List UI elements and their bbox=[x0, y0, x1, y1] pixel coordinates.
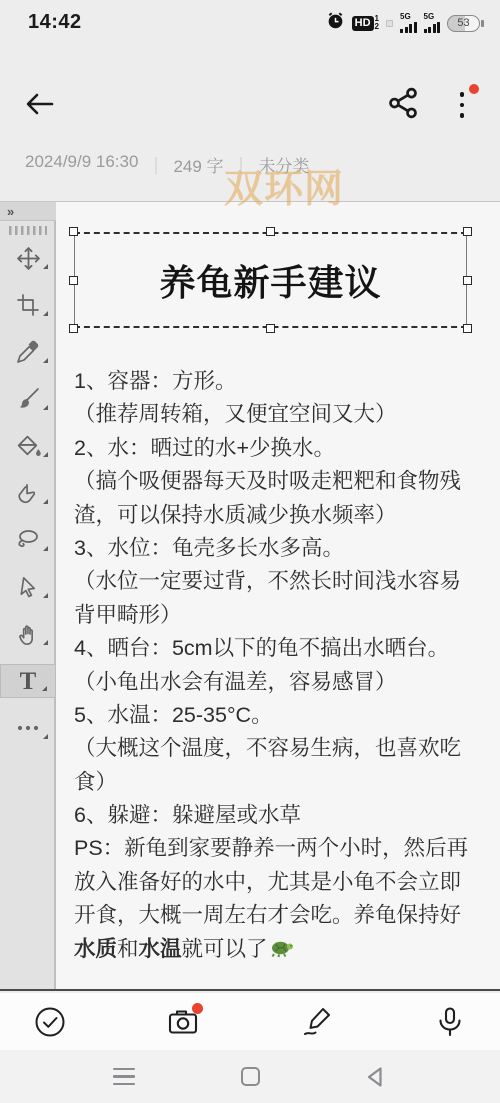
alarm-icon bbox=[326, 11, 345, 35]
nav-back-button[interactable] bbox=[363, 1064, 389, 1090]
status-icon-cluster: HD 12 5G 5G 53 bbox=[326, 13, 480, 33]
hand-tool-icon[interactable] bbox=[0, 617, 56, 651]
todo-check-button[interactable] bbox=[30, 1002, 70, 1042]
mic-button[interactable] bbox=[430, 1002, 470, 1042]
selection-handle-n[interactable] bbox=[266, 227, 275, 236]
selection-handle-nw[interactable] bbox=[69, 227, 78, 236]
move-tool-icon[interactable] bbox=[0, 241, 56, 275]
note-action-bar bbox=[0, 993, 500, 1050]
more-tool-icon[interactable] bbox=[0, 711, 56, 745]
grip-tool-icon[interactable] bbox=[0, 224, 56, 236]
note-line: （推荐周转箱，又便宜空间又大） bbox=[74, 398, 498, 431]
selection-handle-sw[interactable] bbox=[69, 324, 78, 333]
battery-percent: 53 bbox=[457, 17, 469, 29]
note-line: 开食，大概一周左右才会吃。养龟保持好 bbox=[74, 899, 498, 932]
back-button[interactable] bbox=[22, 86, 58, 122]
status-time: 14:42 bbox=[28, 11, 82, 34]
note-line: 渣，可以保持水质减少换水频率） bbox=[74, 499, 498, 532]
eyedropper-tool-icon[interactable] bbox=[0, 335, 56, 369]
smudge-tool-icon[interactable] bbox=[0, 476, 56, 510]
editor-canvas[interactable]: 养龟新手建议 1、容器：方形。（推荐周转箱，又便宜空间又大）2、水：晒过的水+少… bbox=[58, 202, 500, 989]
phone-screen: 14:42 HD 12 5G 5G 53 2024/9/9 bbox=[0, 0, 500, 1103]
brush-tool-icon[interactable] bbox=[0, 382, 56, 416]
note-line: 6、躲避：躲避屋或水草 bbox=[74, 799, 498, 832]
selection-handle-e[interactable] bbox=[463, 276, 472, 285]
note-word-count: 249 字 bbox=[173, 152, 223, 177]
meta-separator: ｜ bbox=[147, 152, 164, 177]
note-date: 2024/9/9 16:30 bbox=[25, 152, 138, 177]
note-line: 2、水：晒过的水+少换水。 bbox=[74, 432, 498, 465]
note-line: 1、容器：方形。 bbox=[74, 365, 498, 398]
note-line: （大概这个温度，不容易生病，也喜欢吃 bbox=[74, 732, 498, 765]
badge-red-dot bbox=[192, 1003, 203, 1014]
selection-handle-se[interactable] bbox=[463, 324, 472, 333]
doodle-button[interactable] bbox=[297, 1002, 337, 1042]
nav-home-square-button[interactable] bbox=[237, 1064, 263, 1090]
battery-icon: 53 bbox=[447, 15, 480, 32]
camera-button[interactable] bbox=[163, 1002, 203, 1042]
note-line: 4、晒台：5cm以下的龟不搞出水晒台。 bbox=[74, 632, 498, 665]
watermark: 双环网 bbox=[224, 158, 344, 214]
note-line: 水质和水温就可以了 bbox=[74, 933, 498, 966]
signal-icon: 5G bbox=[400, 13, 417, 33]
notification-red-dot bbox=[469, 84, 479, 94]
hd-volte-icon: HD 12 bbox=[352, 15, 379, 31]
selection-handle-s[interactable] bbox=[266, 324, 275, 333]
crop-tool-icon[interactable] bbox=[0, 288, 56, 322]
nav-menu-button[interactable] bbox=[111, 1064, 137, 1090]
note-line: （小龟出水会有温差，容易感冒） bbox=[74, 666, 498, 699]
sim-indicator-icon bbox=[386, 20, 393, 27]
note-body-text[interactable]: 1、容器：方形。（推荐周转箱，又便宜空间又大）2、水：晒过的水+少换水。（搞个吸… bbox=[74, 365, 498, 966]
editor-tool-strip: »T bbox=[0, 202, 56, 989]
note-line: 3、水位：龟壳多长水多高。 bbox=[74, 532, 498, 565]
note-line: 食） bbox=[74, 766, 498, 799]
lasso-tool-icon[interactable] bbox=[0, 523, 56, 557]
image-editor-area: »T 养龟新手建议 1、容器：方形。（推荐周转箱，又便宜空间又大）2、水：晒过的… bbox=[0, 201, 500, 991]
text-tool-icon[interactable]: T bbox=[0, 664, 56, 698]
select-tool-icon[interactable] bbox=[0, 570, 56, 604]
note-title[interactable]: 养龟新手建议 bbox=[75, 234, 466, 326]
note-line: 5、水温：25-35°C。 bbox=[74, 699, 498, 732]
signal-icon: 5G bbox=[424, 13, 441, 33]
note-line: （水位一定要过背，不然长时间浅水容易 bbox=[74, 565, 498, 598]
share-button[interactable] bbox=[386, 86, 422, 122]
expand-tool-icon[interactable]: » bbox=[0, 202, 56, 221]
note-line: （搞个吸便器每天及时吸走粑粑和食物残 bbox=[74, 465, 498, 498]
title-selection-box[interactable]: 养龟新手建议 bbox=[74, 232, 467, 328]
android-nav-bar bbox=[0, 1050, 500, 1103]
note-line: PS：新龟到家要静养一两个小时，然后再 bbox=[74, 832, 498, 865]
selection-handle-w[interactable] bbox=[69, 276, 78, 285]
fill-tool-icon[interactable] bbox=[0, 429, 56, 463]
note-line: 放入准备好的水中，尤其是小龟不会立即 bbox=[74, 866, 498, 899]
selection-handle-ne[interactable] bbox=[463, 227, 472, 236]
note-line: 背甲畸形） bbox=[74, 599, 498, 632]
